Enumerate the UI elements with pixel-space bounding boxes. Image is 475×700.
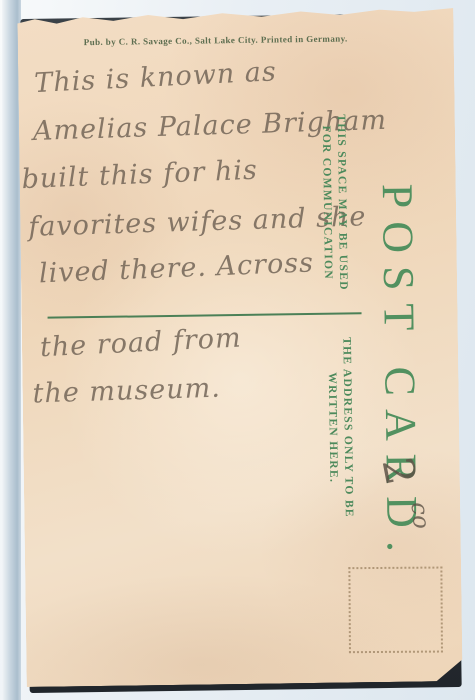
handwritten-message-line: favorites wifes and she — [28, 201, 367, 243]
stamp-box — [348, 567, 443, 654]
postcard-back: Pub. by C. R. Savage Co., Salt Lake City… — [17, 8, 462, 687]
handwritten-message-line: the road from — [39, 322, 242, 363]
address-notice-line1: THE ADDRESS ONLY TO BE — [338, 335, 356, 520]
communication-notice-line1: THIS SPACE MAY BE USED — [332, 87, 350, 317]
communication-notice: THIS SPACE MAY BE USED FOR COMMUNICATION — [317, 87, 350, 317]
scan-background-strip — [2, 0, 21, 700]
publisher-imprint: Pub. by C. R. Savage Co., Salt Lake City… — [18, 32, 454, 48]
address-notice: THE ADDRESS ONLY TO BE WRITTEN HERE. — [323, 335, 356, 520]
postcard-scan: Pub. by C. R. Savage Co., Salt Lake City… — [0, 0, 475, 700]
pencil-price-mark-suffix: co — [405, 501, 434, 530]
handwritten-message-line: This is known as — [34, 56, 278, 99]
handwritten-message-line: lived there. Across — [38, 247, 314, 289]
handwritten-message-line: the museum. — [32, 373, 221, 410]
postcard-title: POST CARD. — [370, 183, 428, 474]
handwritten-message-line: built this for his — [21, 155, 258, 195]
divider-rule — [48, 312, 362, 318]
